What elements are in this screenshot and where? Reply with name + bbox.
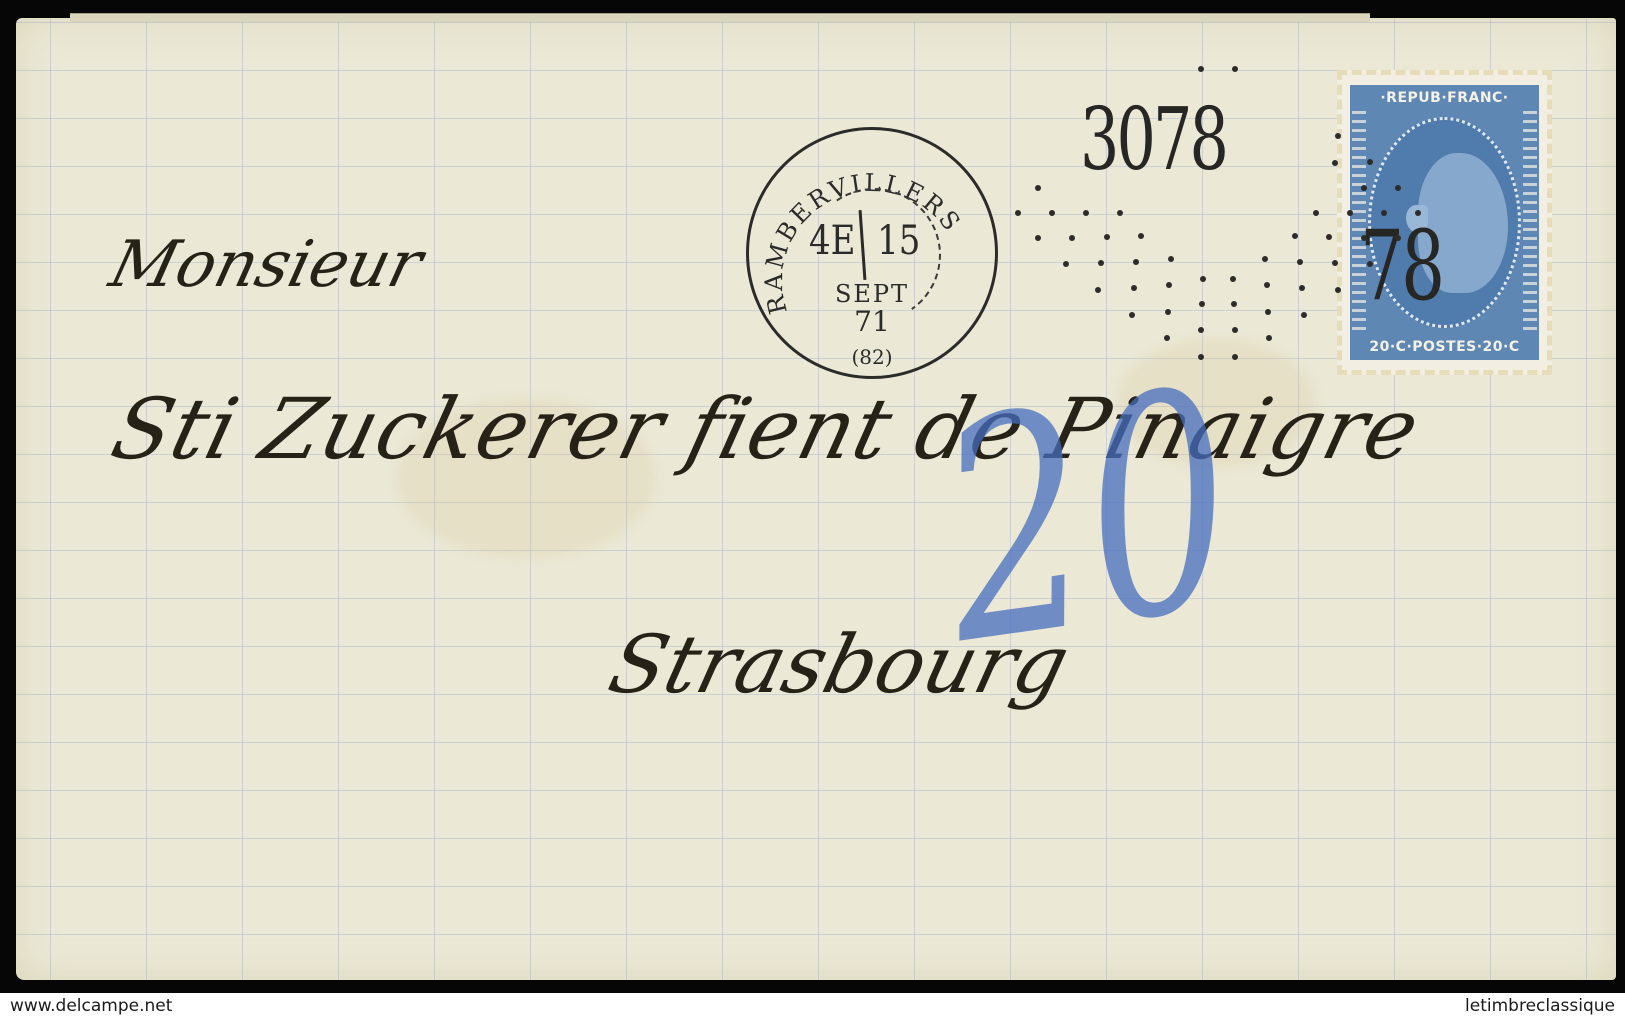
cancel-dot: [1232, 327, 1238, 333]
cancel-dot: [1313, 210, 1319, 216]
cancel-dot: [1165, 309, 1171, 315]
cancel-dot: [1361, 185, 1367, 191]
blue-tax-mark: 20: [925, 390, 1225, 770]
cancel-dot: [1232, 66, 1238, 72]
cancel-dot: [1049, 210, 1055, 216]
cancel-dot: [1129, 312, 1135, 318]
date-stamp-time: 4E 15: [809, 218, 967, 264]
cancel-dot: [1131, 285, 1137, 291]
cancel-dot: [1035, 185, 1041, 191]
cancel-dot: [1262, 256, 1268, 262]
cancel-dot: [1198, 327, 1204, 333]
date-stamp-day: 15: [877, 218, 920, 264]
cancel-dot: [1297, 259, 1303, 265]
cancel-dot: [1230, 276, 1236, 282]
cancel-dot: [1264, 282, 1270, 288]
cancel-dot: [1164, 335, 1170, 341]
cancel-dot: [1332, 260, 1338, 266]
cancel-dot: [1168, 256, 1174, 262]
cancel-dot: [1347, 210, 1353, 216]
address-salutation: Monsieur: [103, 228, 430, 302]
cancel-dot: [1138, 233, 1144, 239]
cancel-dot: [1083, 210, 1089, 216]
numeral-cancel-on-stamp: 78: [1360, 210, 1442, 322]
numeral-cancel-number: 3078: [1080, 90, 1226, 190]
cancel-dot: [1015, 210, 1021, 216]
date-stamp-department: (82): [749, 345, 995, 369]
cancel-dot: [1335, 287, 1341, 293]
cancel-dot: [1133, 259, 1139, 265]
cancel-dot: [1200, 276, 1206, 282]
cancel-dot: [1198, 66, 1204, 72]
cancel-dot: [1117, 210, 1123, 216]
cancel-dot: [1198, 354, 1204, 360]
circular-date-stamp: RAMBERVILLERS 4E 15 SEPT 71 (82): [746, 127, 998, 379]
cancel-dot: [1326, 234, 1332, 240]
cancel-dot: [1104, 234, 1110, 240]
cancel-dot: [1098, 260, 1104, 266]
cancel-dot: [1232, 354, 1238, 360]
numeral-cancel: 3078 78: [1000, 40, 1430, 380]
cancel-dot: [1035, 235, 1041, 241]
address-name-line: Sti Zuckerer fient de Pinaigre: [103, 380, 1430, 478]
date-stamp-year: 71: [749, 305, 995, 338]
cancel-dot: [1299, 285, 1305, 291]
cancel-dot: [1231, 301, 1237, 307]
date-stamp-month: SEPT: [749, 280, 995, 308]
watermark-right: letimbreclassique: [1465, 996, 1615, 1016]
cancel-dot: [1381, 210, 1387, 216]
stamp-border-pattern: [1523, 111, 1537, 334]
cancel-dot: [1361, 235, 1367, 241]
cancel-dot: [1415, 210, 1421, 216]
cancel-dot: [1265, 309, 1271, 315]
cancel-dot: [1332, 160, 1338, 166]
cancel-dot: [1063, 261, 1069, 267]
cancel-dot: [1292, 233, 1298, 239]
cancel-dot: [1166, 282, 1172, 288]
cancel-dot: [1095, 287, 1101, 293]
watermark-left: www.delcampe.net: [10, 996, 172, 1016]
cancel-dot: [1367, 159, 1373, 165]
envelope-flap-edge: [70, 13, 1370, 22]
cancel-dot: [1395, 185, 1401, 191]
tax-mark-text: 20: [925, 350, 1250, 687]
cancel-dot: [1335, 133, 1341, 139]
cancel-dot: [1301, 312, 1307, 318]
cancel-dot: [1199, 301, 1205, 307]
cancel-dot: [1069, 235, 1075, 241]
cancel-dot: [1266, 335, 1272, 341]
